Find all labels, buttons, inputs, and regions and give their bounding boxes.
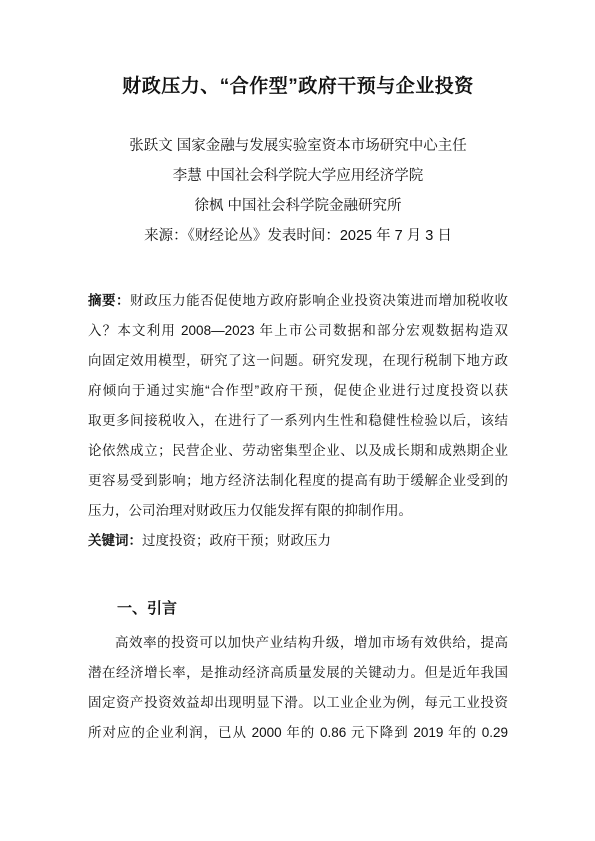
abstract-line: 府倾向于通过实施“合作型”政府干预，促使企业进行过度投资以获 (88, 376, 508, 406)
abstract-text: 财政压力能否促使地方政府影响企业投资决策进而增加税收收 (130, 293, 508, 308)
author-block: 张跃文 国家金融与发展实验室资本市场研究中心主任 李慧 中国社会科学院大学应用经… (88, 131, 508, 251)
paper-page: 财政压力、“合作型”政府干预与企业投资 张跃文 国家金融与发展实验室资本市场研究… (0, 0, 595, 841)
abstract-label: 摘要： (88, 293, 130, 308)
body-line: 固定资产投资效益却出现明显下滑。以工业企业为例，每元工业投资 (88, 688, 508, 718)
paper-title: 财政压力、“合作型”政府干预与企业投资 (88, 73, 508, 100)
body-line: 潜在经济增长率，是推动经济高质量发展的关键动力。但是近年我国 (88, 658, 508, 688)
abstract-line: 取更多间接税收入，在进行了一系列内生性和稳健性检验以后，该结 (88, 406, 508, 436)
abstract-line: 论依然成立；民营企业、劳动密集型企业、以及成长期和成熟期企业 (88, 436, 508, 466)
keywords-line: 关键词：过度投资；政府干预；财政压力 (88, 526, 508, 556)
author-line-1: 张跃文 国家金融与发展实验室资本市场研究中心主任 (88, 131, 508, 161)
abstract-line: 向固定效用模型，研究了这一问题。研究发现，在现行税制下地方政 (88, 346, 508, 376)
section-heading: 一、引言 (117, 596, 508, 622)
source-line: 来源：《财经论丛》发表时间：2025 年 7 月 3 日 (88, 221, 508, 251)
abstract-line: 摘要：财政压力能否促使地方政府影响企业投资决策进而增加税收收 (88, 286, 508, 316)
body-line: 所对应的企业利润，已从 2000 年的 0.86 元下降到 2019 年的 0.… (88, 718, 508, 748)
abstract-block: 摘要：财政压力能否促使地方政府影响企业投资决策进而增加税收收 入？本文利用 20… (88, 286, 508, 556)
keywords-text: 过度投资；政府干预；财政压力 (142, 533, 331, 548)
abstract-line: 入？本文利用 2008—2023 年上市公司数据和部分宏观数据构造双 (88, 316, 508, 346)
abstract-line: 压力，公司治理对财政压力仅能发挥有限的抑制作用。 (88, 496, 508, 526)
abstract-line: 更容易受到影响；地方经济法制化程度的提高有助于缓解企业受到的 (88, 466, 508, 496)
body-line: 高效率的投资可以加快产业结构升级，增加市场有效供给，提高 (88, 628, 508, 658)
introduction-section: 一、引言 高效率的投资可以加快产业结构升级，增加市场有效供给，提高 潜在经济增长… (88, 596, 508, 748)
author-line-3: 徐枫 中国社会科学院金融研究所 (88, 191, 508, 221)
keywords-label: 关键词： (88, 533, 142, 548)
author-line-2: 李慧 中国社会科学院大学应用经济学院 (88, 161, 508, 191)
